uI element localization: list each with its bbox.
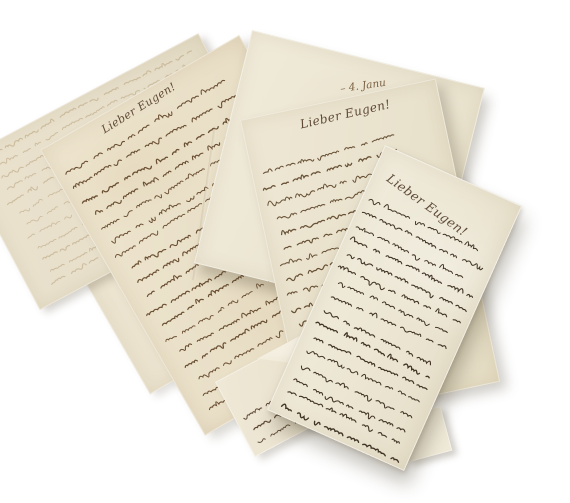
letters-photo: Lieber Eugen! – 4. Janu Lieber Eugen! Li… (0, 0, 570, 503)
